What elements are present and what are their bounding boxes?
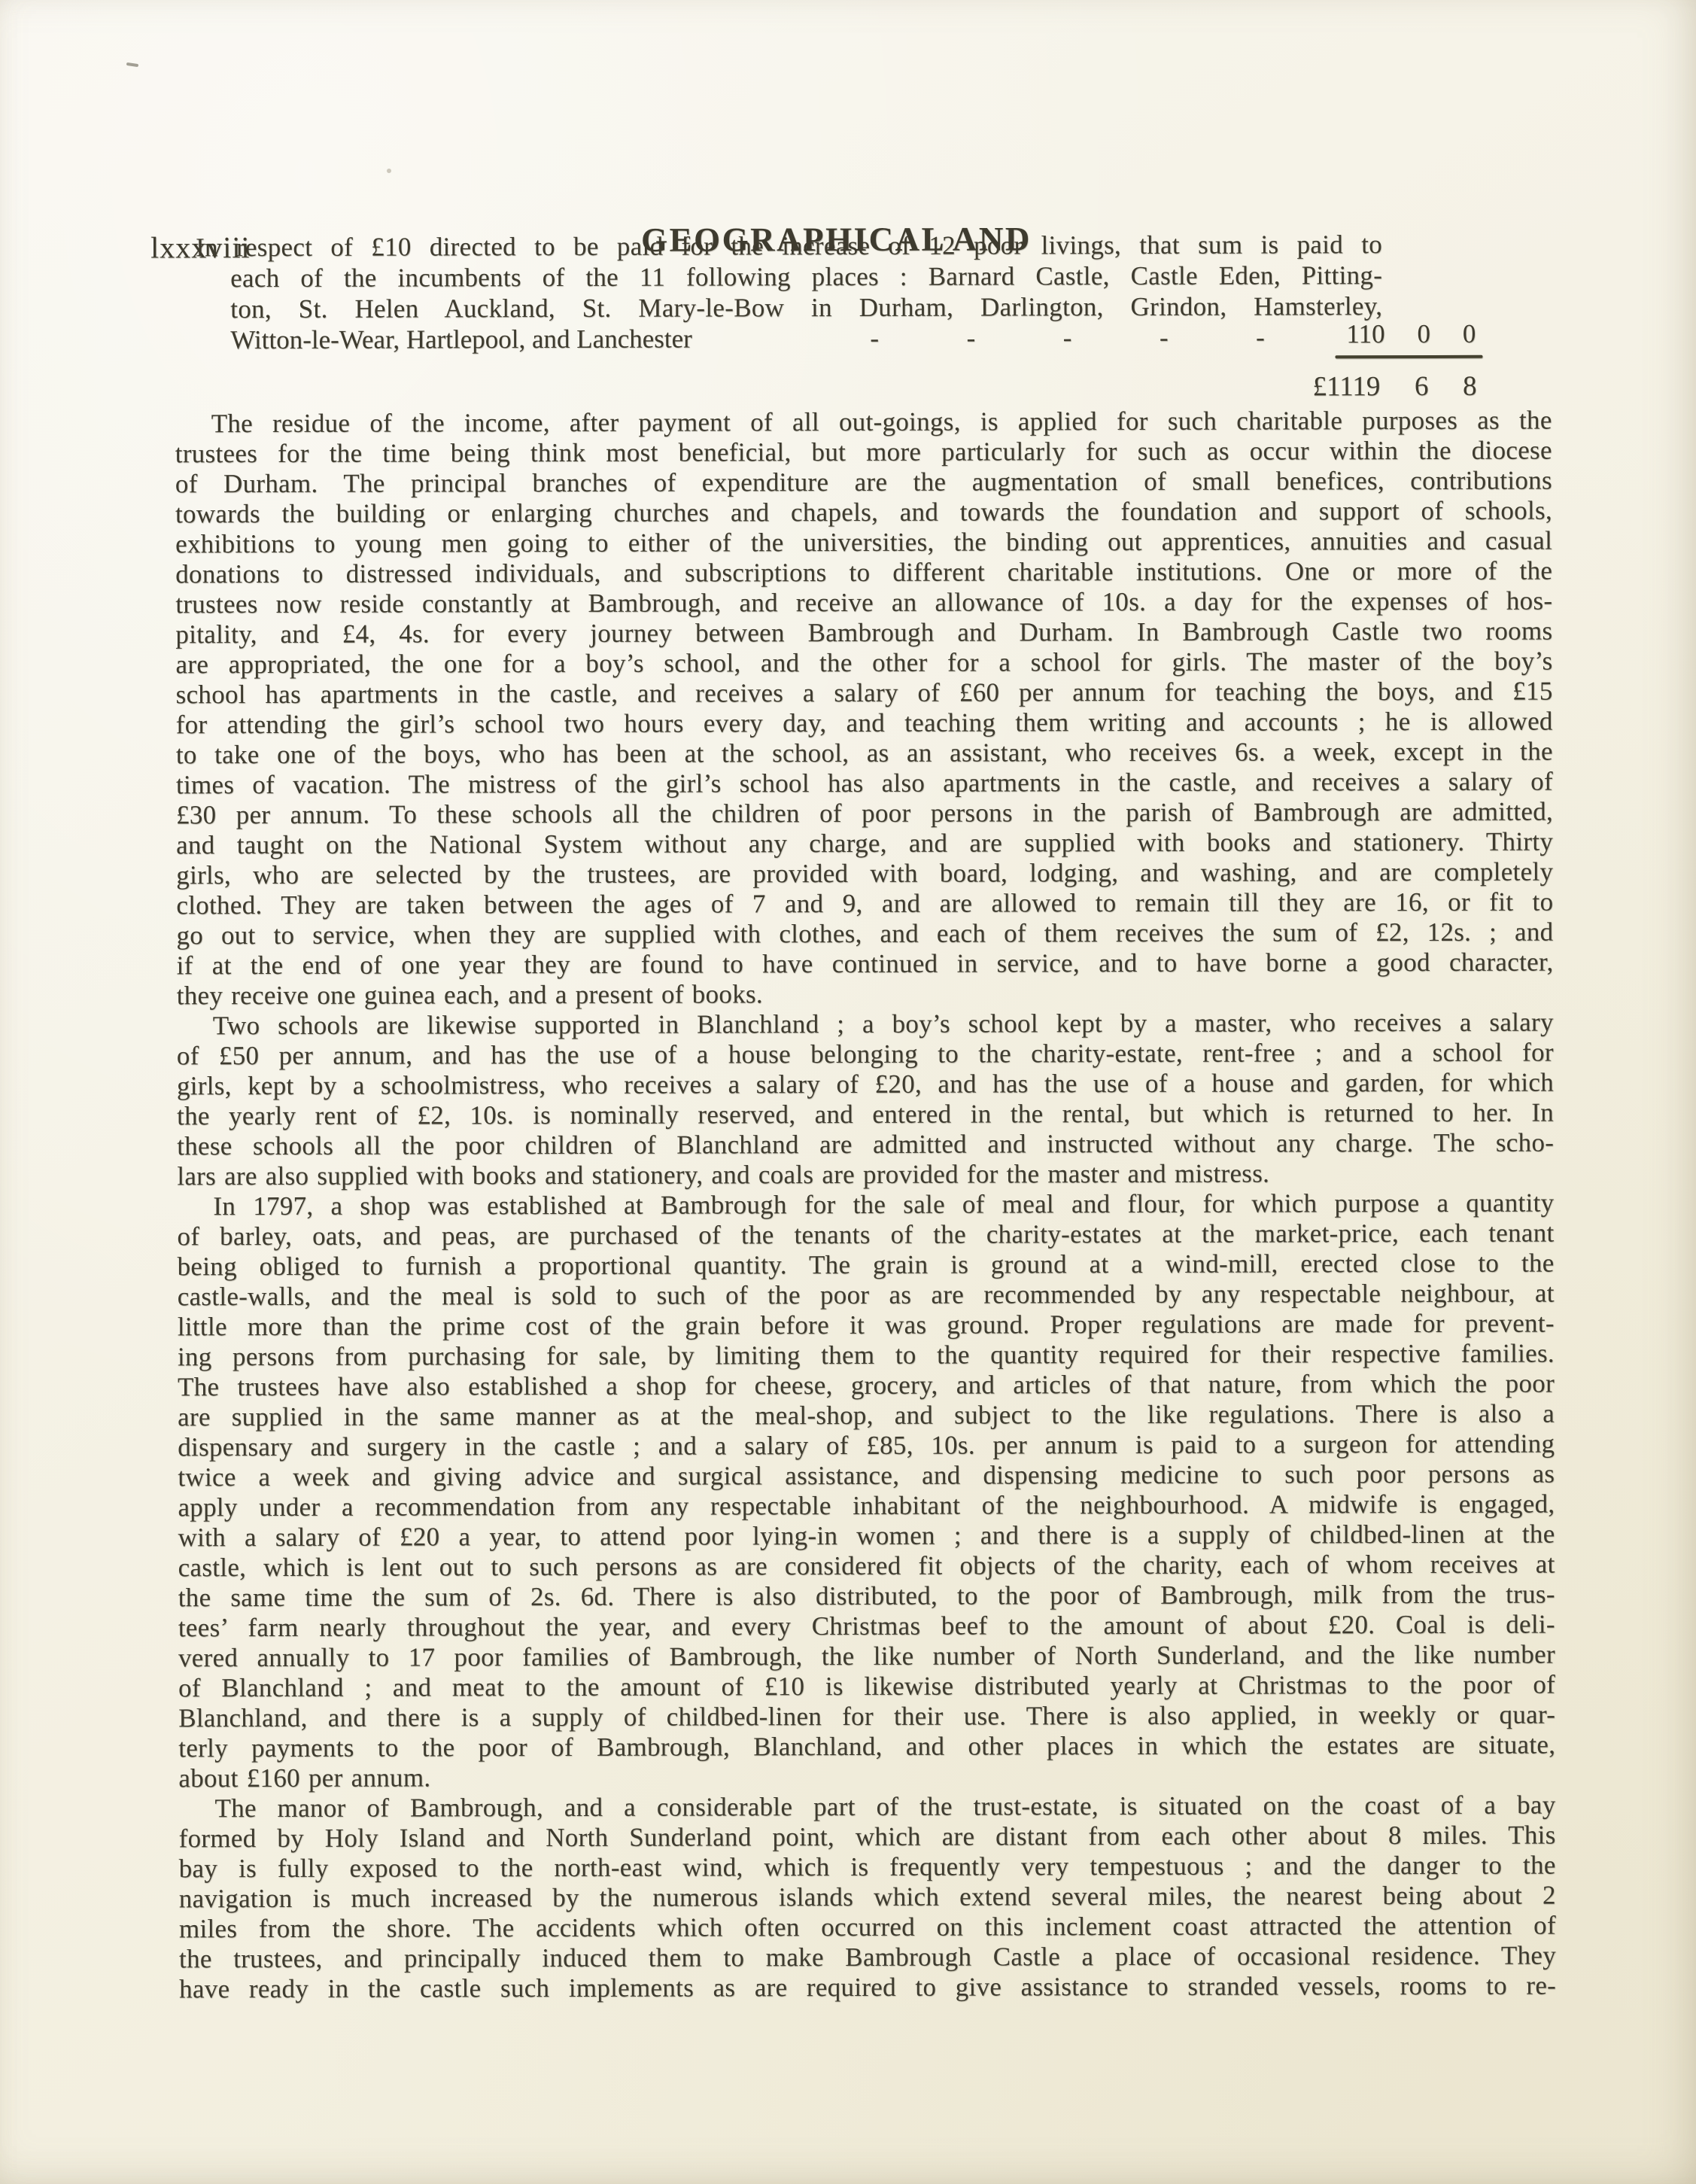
text-line: trustees now reside constantly at Bambro…: [175, 586, 1552, 620]
text-line: miles from the shore. The accidents whic…: [179, 1911, 1556, 1945]
sum-rule: [1335, 355, 1482, 359]
text-line: of £50 per annum, and has the use of a h…: [177, 1038, 1554, 1072]
text-line: have ready in the castle such implements…: [179, 1971, 1556, 2005]
paragraph: The residue of the income, after payment…: [175, 406, 1554, 1011]
total-pence: 8: [1463, 371, 1477, 403]
text-line: £30 per annum. To these schools all the …: [176, 797, 1553, 831]
entry-amount: 110 0 0: [1346, 318, 1476, 349]
text-line: girls, who are selected by the trustees,…: [176, 857, 1553, 891]
total-pounds: £1119: [1312, 371, 1380, 403]
text-line: The trustees have also established a sho…: [178, 1369, 1555, 1403]
text-line: The manor of Bambrough, and a considerab…: [178, 1790, 1555, 1824]
ledger-entry-last-line: Witton-le-Wear, Hartlepool, and Lanchest…: [230, 321, 1382, 355]
ledger-entry-lines: In respect of £10 directed to be paid fo…: [230, 229, 1382, 324]
text-line: bay is fully exposed to the north-east w…: [179, 1851, 1556, 1884]
text-line: towards the building or enlarging church…: [175, 496, 1552, 530]
text-line: exhibitions to young men going to either…: [175, 526, 1552, 560]
text-line: of Durham. The principal branches of exp…: [175, 466, 1552, 500]
text-line: Blanchland, and there is a supply of chi…: [178, 1700, 1555, 1734]
text-line: twice a week and giving advice and surgi…: [178, 1459, 1555, 1493]
paragraph: Two schools are likewise supported in Bl…: [177, 1008, 1555, 1192]
text-line: ton, St. Helen Auckland, St. Mary-le-Bow…: [230, 290, 1382, 324]
paragraph: The manor of Bambrough, and a considerab…: [178, 1790, 1556, 2005]
text-line: Two schools are likewise supported in Bl…: [177, 1008, 1554, 1042]
text-line: about £160 per annum.: [178, 1760, 1555, 1794]
leader-dash: -: [1063, 322, 1072, 353]
text-line: go out to service, when they are supplie…: [176, 917, 1553, 951]
text-line: school has apartments in the castle, and…: [176, 677, 1553, 710]
text-line: castle, which is lent out to such person…: [178, 1550, 1555, 1583]
text-line: castle-walls, and the meal is sold to su…: [178, 1279, 1555, 1313]
total-shillings: 6: [1415, 371, 1429, 403]
book-page: lxxxviii GEOGRAPHICAL AND In respect of …: [0, 0, 1696, 2184]
text-line: of barley, oats, and peas, are purchased…: [177, 1218, 1554, 1252]
text-line: donations to distressed individuals, and…: [175, 556, 1552, 590]
paragraph: In 1797, a shop was established at Bambr…: [177, 1188, 1555, 1794]
text-line: the yearly rent of £2, 10s. is nominally…: [177, 1098, 1554, 1132]
text-line: times of vacation. The mistress of the g…: [176, 767, 1553, 801]
text-line: they receive one guinea each, and a pres…: [177, 978, 1554, 1011]
text-line: are supplied in the same manner as at th…: [178, 1399, 1555, 1433]
leader-dash: -: [870, 323, 879, 354]
amount-pounds: 110: [1346, 318, 1384, 349]
text-line: pitality, and £4, 4s. for every journey …: [175, 616, 1552, 650]
text-line: being obliged to furnish a proportional …: [178, 1249, 1555, 1282]
text-line: and taught on the National System withou…: [176, 827, 1553, 861]
text-line: navigation is much increased by the nume…: [179, 1881, 1556, 1915]
text-line: each of the incumbents of the 11 followi…: [230, 260, 1382, 294]
leader-dash: -: [966, 323, 975, 354]
text-line: the trustees, and principally induced th…: [179, 1941, 1556, 1975]
text-line: trustees for the time being think most b…: [175, 436, 1552, 470]
amount-pence: 0: [1463, 318, 1476, 349]
text-line: formed by Holy Island and North Sunderla…: [179, 1821, 1556, 1854]
body-text: The residue of the income, after payment…: [175, 406, 1557, 2005]
text-line: In 1797, a shop was established at Bambr…: [177, 1188, 1554, 1222]
text-line: lars are also supplied with books and st…: [177, 1158, 1554, 1192]
text-line: of Blanchland ; and meat to the amount o…: [178, 1670, 1555, 1704]
text-line: are appropriated, the one for a boy’s sc…: [175, 646, 1552, 680]
text-line: The residue of the income, after payment…: [175, 406, 1552, 440]
text-line: to take one of the boys, who has been at…: [176, 737, 1553, 771]
text-line: terly payments to the poor of Bambrough,…: [178, 1730, 1555, 1764]
ledger-entry-block: In respect of £10 directed to be paid fo…: [230, 229, 1382, 355]
text-line: for attending the girl’s school two hour…: [176, 707, 1553, 741]
text-line: ing persons from purchasing for sale, by…: [178, 1339, 1555, 1373]
text-line: the same time the sum of 2s. 6d. There i…: [178, 1580, 1555, 1614]
text-line: In respect of £10 directed to be paid fo…: [230, 229, 1382, 263]
ledger-entry-last-line-text: Witton-le-Wear, Hartlepool, and Lanchest…: [230, 324, 692, 356]
text-line: apply under a recommendation from any re…: [178, 1489, 1555, 1523]
text-line: with a salary of £20 a year, to attend p…: [178, 1519, 1555, 1553]
text-line: little more than the prime cost of the g…: [178, 1309, 1555, 1343]
amount-shillings: 0: [1417, 318, 1430, 349]
text-line: tees’ farm nearly throughout the year, a…: [178, 1610, 1555, 1644]
text-line: these schools all the poor children of B…: [177, 1128, 1554, 1162]
dot-leader: - - - - -: [692, 321, 1383, 354]
leader-dash: -: [1160, 322, 1169, 353]
total-amount: £1119 6 8: [1312, 371, 1476, 403]
page-content: lxxxviii GEOGRAPHICAL AND In respect of …: [0, 0, 1696, 2184]
text-line: girls, kept by a schoolmistress, who rec…: [177, 1068, 1554, 1102]
text-line: clothed. They are taken between the ages…: [176, 887, 1553, 921]
leader-dash: -: [1256, 322, 1265, 353]
text-line: dispensary and surgery in the castle ; a…: [178, 1429, 1555, 1463]
text-line: vered annually to 17 poor families of Ba…: [178, 1640, 1555, 1674]
text-line: if at the end of one year they are found…: [177, 948, 1554, 981]
